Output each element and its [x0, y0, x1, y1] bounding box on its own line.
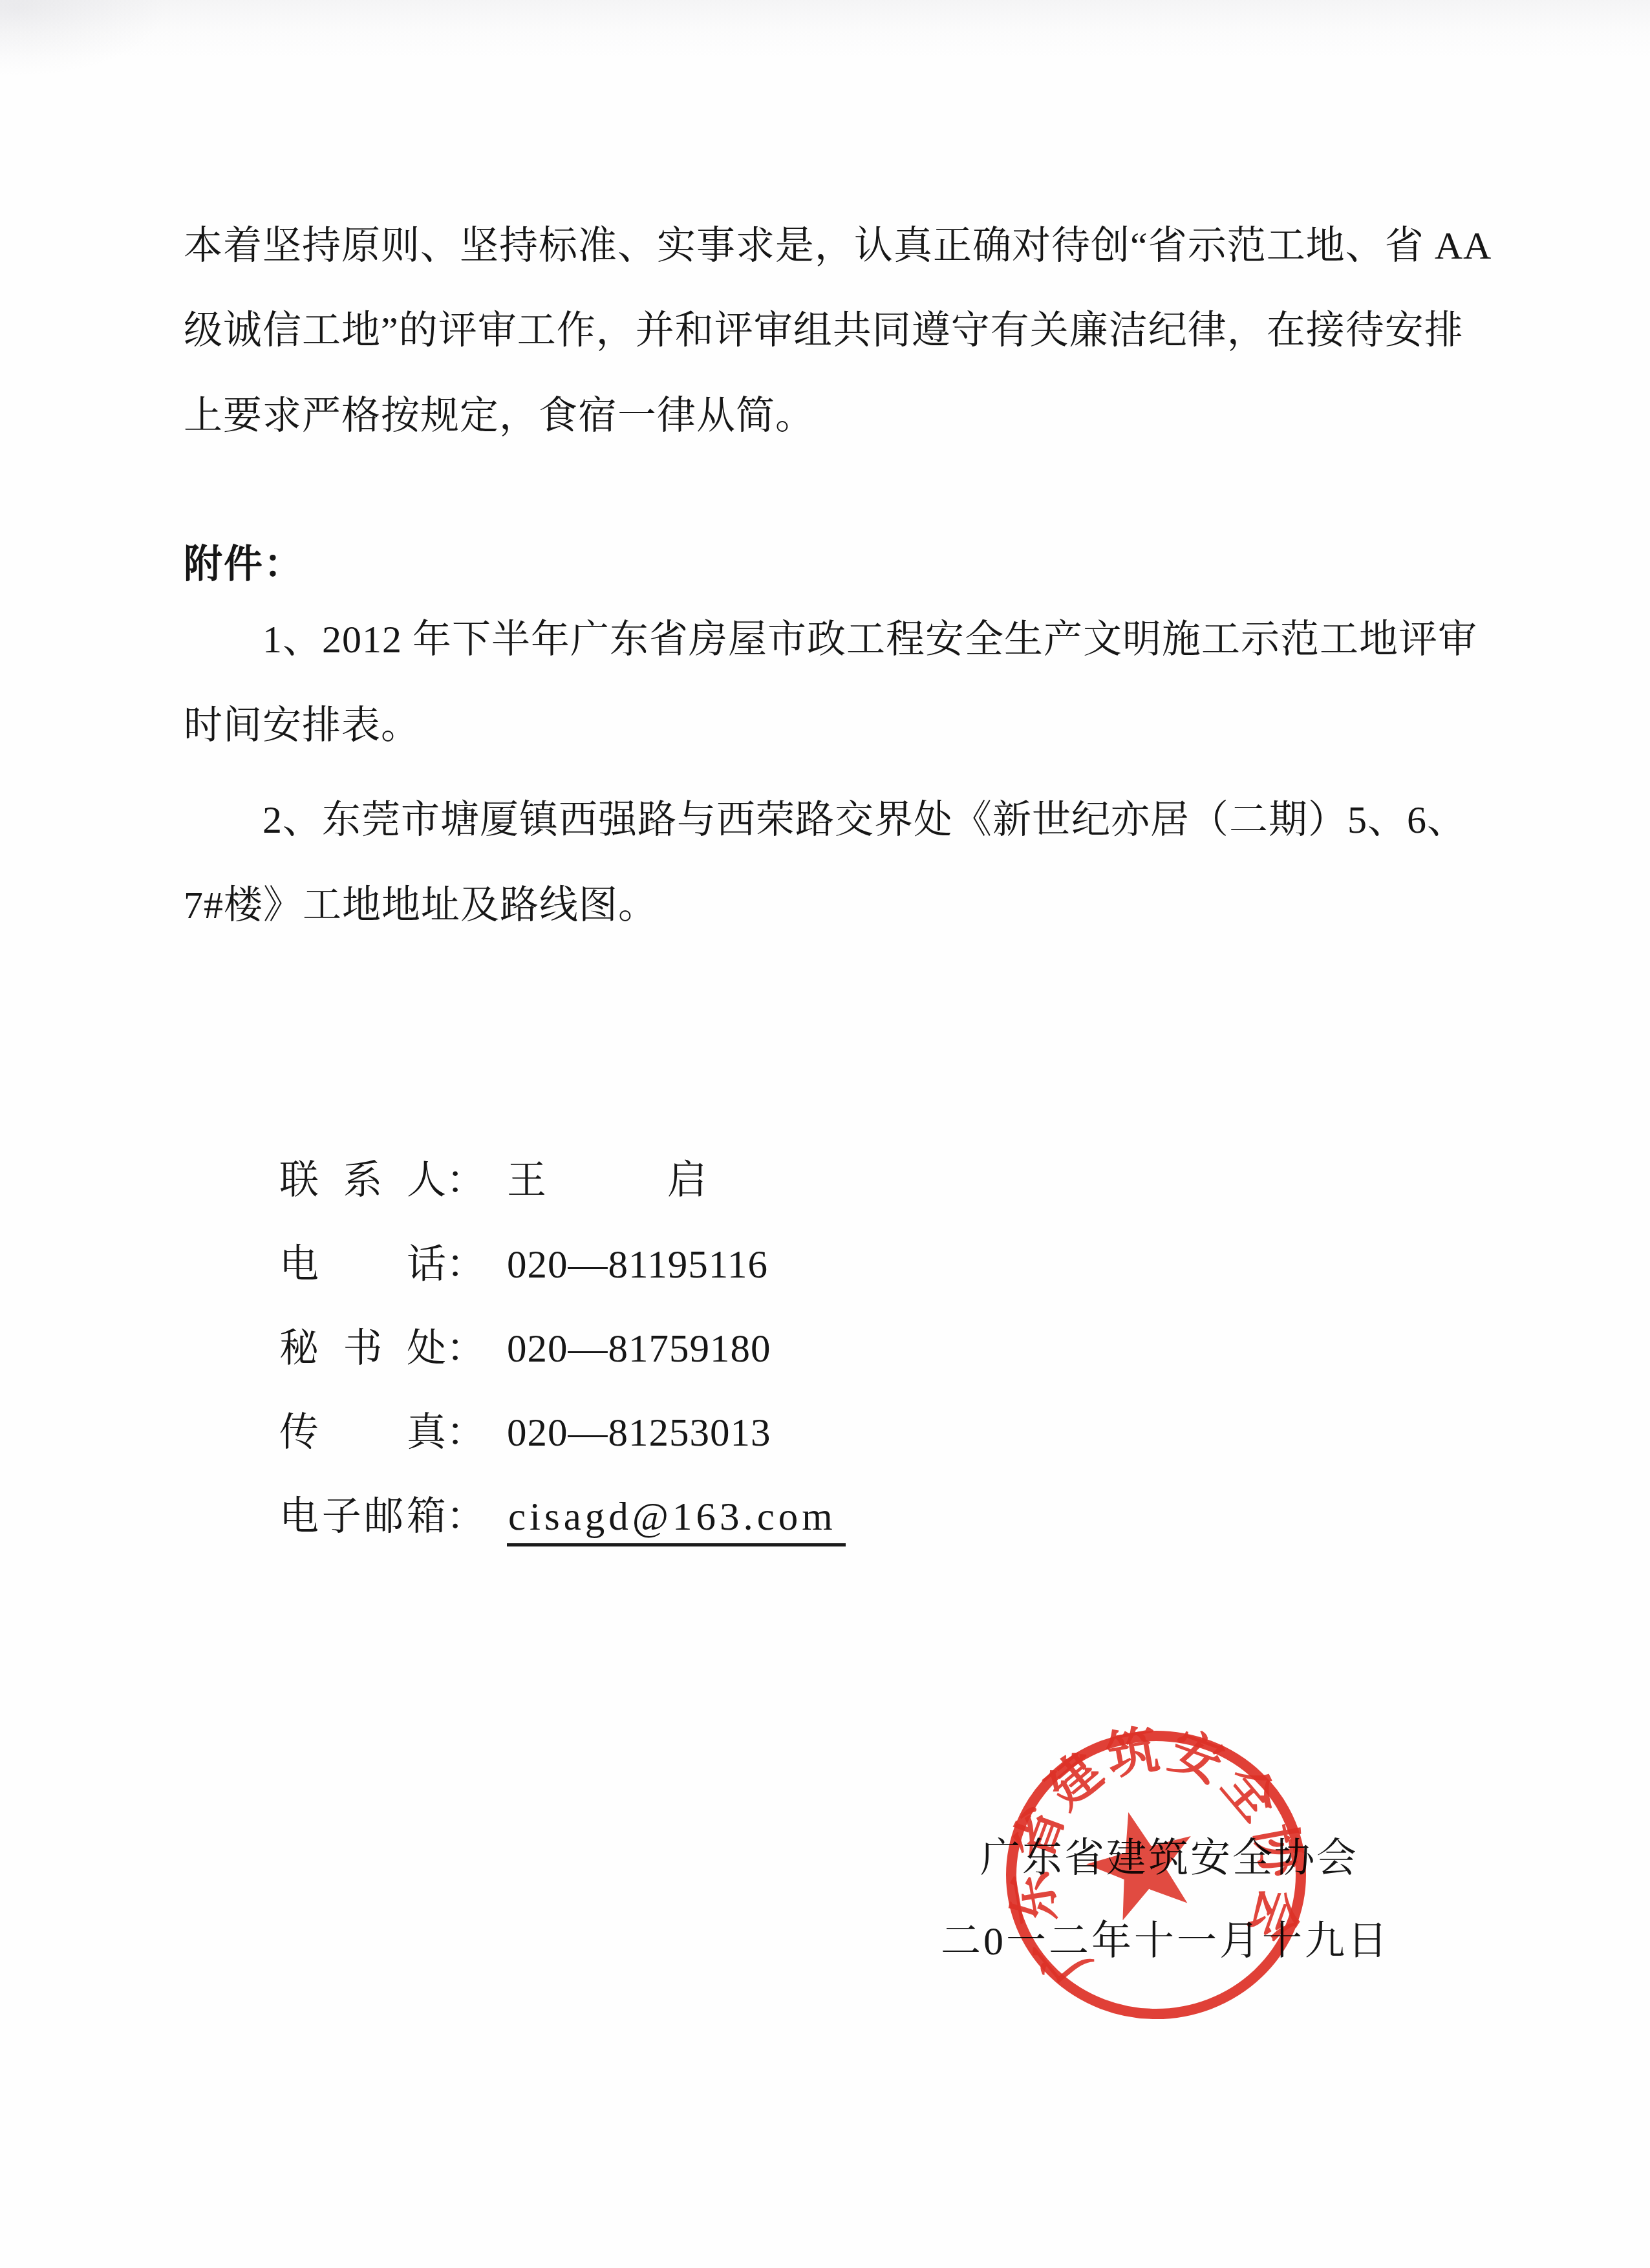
attachments-heading: 附件： — [184, 545, 304, 584]
paragraph-line-3: 上要求严格按规定，食宿一律从简。 — [184, 396, 815, 435]
paragraph-line-1: 本着坚持原则、坚持标准、实事求是，认真正确对待创“省示范工地、省 AA — [184, 226, 1492, 265]
contact-row-email: 电子邮箱： cisagd@163.com — [279, 1497, 486, 1581]
contact-email-address: cisagd@163.com — [507, 1497, 846, 1546]
contact-colon: ： — [446, 1497, 486, 1537]
scan-artifact-top-band — [0, 0, 1650, 58]
attachment-2-line-2: 7#楼》工地地址及路线图。 — [184, 886, 658, 925]
contact-person-name: 王 启 — [507, 1161, 707, 1201]
attachment-1-line-2: 时间安排表。 — [184, 706, 420, 745]
contact-phone-number: 020—81195116 — [507, 1245, 768, 1285]
contact-colon: ： — [446, 1329, 486, 1369]
contact-colon: ： — [446, 1245, 486, 1285]
contact-row-person: 联系人： 王 启 — [279, 1161, 486, 1245]
attachment-1-line-1: 1、2012 年下半年广东省房屋市政工程安全生产文明施工示范工地评审 — [262, 620, 1477, 659]
contact-colon: ： — [446, 1161, 486, 1201]
contact-colon: ： — [446, 1413, 486, 1453]
contact-row-phone: 电话： 020—81195116 — [279, 1245, 486, 1329]
contact-fax-number: 020—81253013 — [507, 1413, 771, 1453]
contact-label: 联系人 — [279, 1161, 446, 1201]
contact-secretariat-number: 020—81759180 — [507, 1329, 771, 1369]
red-star-icon — [1086, 1812, 1191, 1920]
contact-label: 电子邮箱 — [279, 1497, 446, 1537]
scan-artifact-corner-smudge — [0, 0, 168, 78]
attachment-2-line-1: 2、东莞市塘厦镇西强路与西荣路交界处《新世纪亦居（二期）5、6、 — [262, 800, 1466, 839]
scanned-letter-page: 本着坚持原则、坚持标准、实事求是，认真正确对待创“省示范工地、省 AA 级诚信工… — [0, 0, 1650, 2268]
contact-label: 电话 — [279, 1245, 446, 1285]
contact-block: 联系人： 王 启 电话： 020—81195116 秘书处： 020—81759… — [279, 1161, 486, 1581]
contact-label: 秘书处 — [279, 1329, 446, 1369]
contact-row-secretariat: 秘书处： 020—81759180 — [279, 1329, 486, 1413]
paragraph-line-2: 级诚信工地”的评审工作，并和评审组共同遵守有关廉洁纪律，在接待安排 — [184, 311, 1464, 350]
contact-row-fax: 传真： 020—81253013 — [279, 1413, 486, 1497]
contact-label: 传真 — [279, 1413, 446, 1453]
official-seal: 广东省建筑安全协会 — [988, 1707, 1324, 2043]
